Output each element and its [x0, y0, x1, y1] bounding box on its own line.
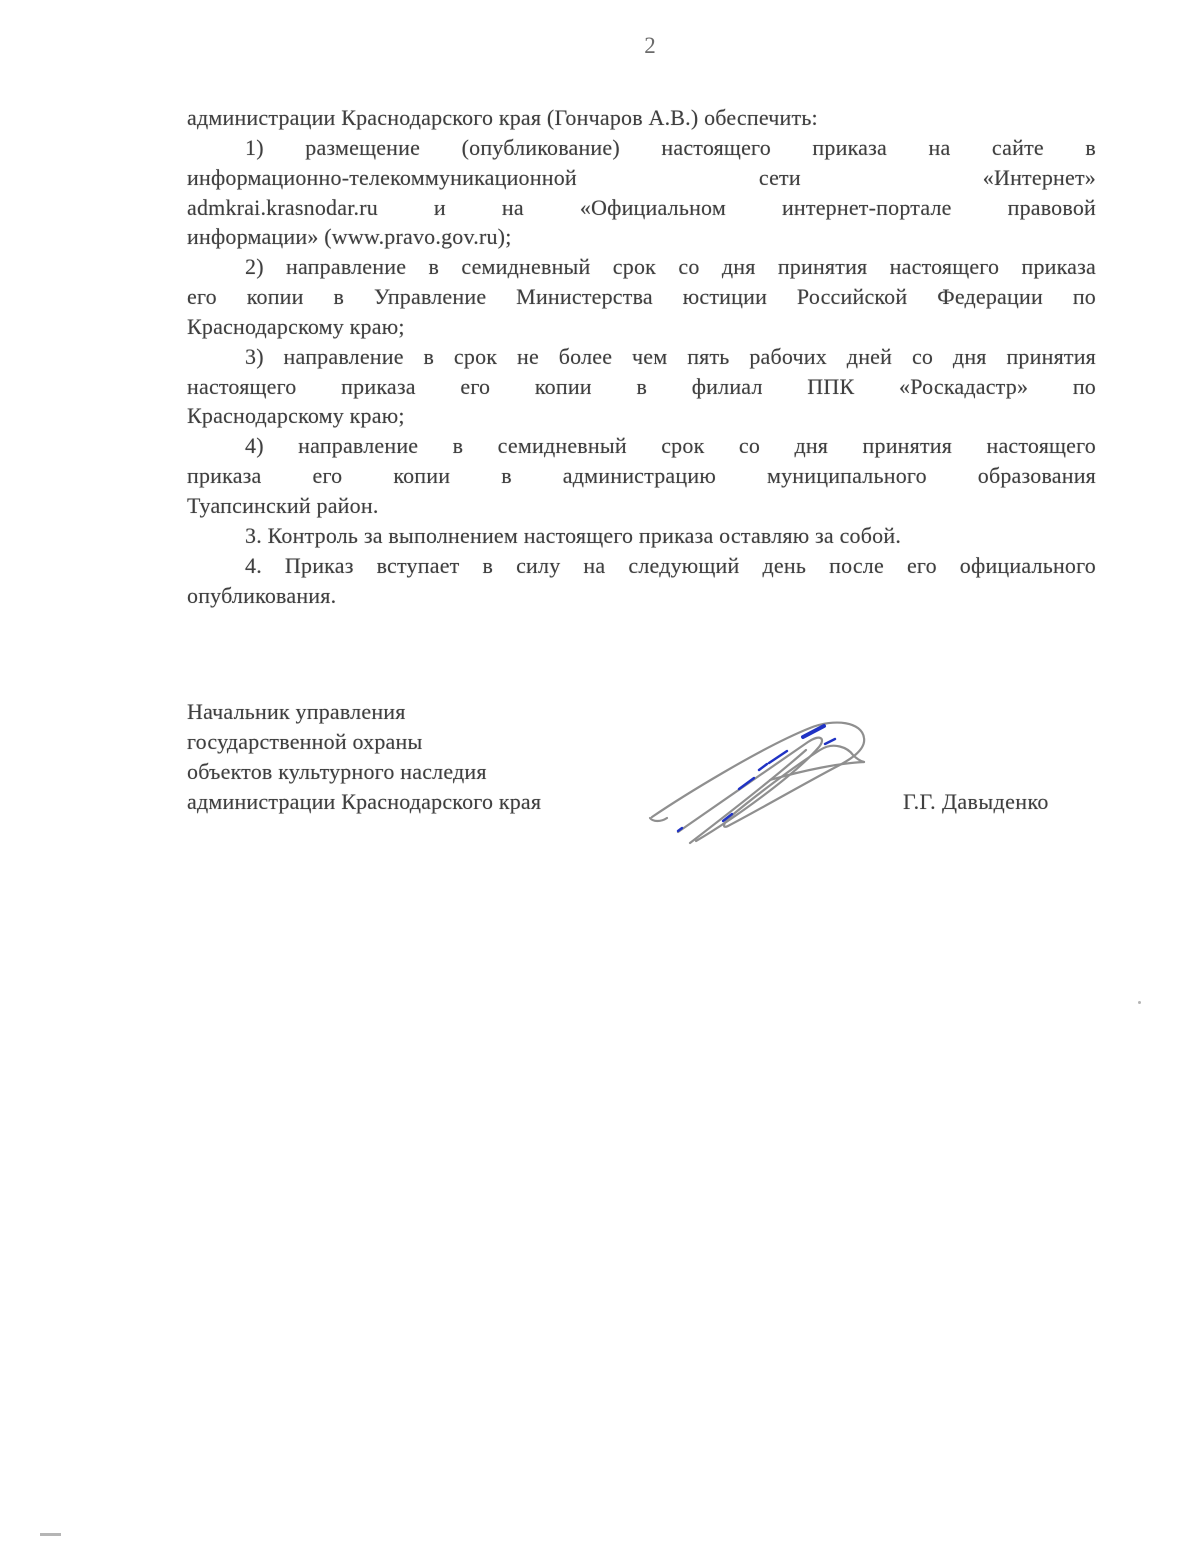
- paragraph: 4) направление в семидневный срок со дня…: [187, 431, 1096, 521]
- text-line: Туапсинский район.: [187, 491, 1096, 521]
- paragraph: 1) размещение (опубликование) настоящего…: [187, 133, 1096, 252]
- text-line: 3) направление в срок не более чем пять …: [187, 342, 1096, 372]
- text-line: 2) направление в семидневный срок со дня…: [187, 252, 1096, 282]
- text-line: его копии в Управление Министерства юсти…: [187, 282, 1096, 312]
- text-line: приказа его копии в администрацию муници…: [187, 461, 1096, 491]
- document-body: администрации Краснодарского края (Гонча…: [187, 103, 1096, 610]
- scan-artifact-dash: [40, 1533, 61, 1536]
- document-page: 2 администрации Краснодарского края (Гон…: [0, 0, 1200, 1553]
- signature-scribble: [620, 700, 902, 862]
- signatory-name: Г.Г. Давыденко: [903, 789, 1049, 815]
- text-line: 1) размещение (опубликование) настоящего…: [187, 133, 1096, 163]
- page-number: 2: [100, 33, 1200, 59]
- paragraph: 2) направление в семидневный срок со дня…: [187, 252, 1096, 342]
- text-line: 4. Приказ вступает в силу на следующий д…: [187, 551, 1096, 581]
- text-line: Краснодарскому краю;: [187, 312, 1096, 342]
- signoff-title-line: государственной охраны: [187, 727, 541, 757]
- paragraph: администрации Краснодарского края (Гонча…: [187, 103, 1096, 133]
- text-line: информации» (www.pravo.gov.ru);: [187, 222, 1096, 252]
- text-line: настоящего приказа его копии в филиал ПП…: [187, 372, 1096, 402]
- text-line: Краснодарскому краю;: [187, 401, 1096, 431]
- paragraph: 3) направление в срок не более чем пять …: [187, 342, 1096, 432]
- text-line: информационно-телекоммуникационной сети …: [187, 163, 1096, 193]
- signoff-title-line: администрации Краснодарского края: [187, 787, 541, 817]
- text-line: администрации Краснодарского края (Гонча…: [187, 103, 1096, 133]
- text-line: опубликования.: [187, 581, 1096, 611]
- signoff-title-line: объектов культурного наследия: [187, 757, 541, 787]
- signoff-title-block: Начальник управления государственной охр…: [187, 697, 541, 817]
- signoff-title-line: Начальник управления: [187, 697, 541, 727]
- text-line: admkrai.krasnodar.ru и на «Официальном и…: [187, 193, 1096, 223]
- paragraph: 4. Приказ вступает в силу на следующий д…: [187, 551, 1096, 611]
- paragraph: 3. Контроль за выполнением настоящего пр…: [187, 521, 1096, 551]
- text-line: 4) направление в семидневный срок со дня…: [187, 431, 1096, 461]
- scan-artifact-speck: [1138, 1001, 1141, 1004]
- text-line: 3. Контроль за выполнением настоящего пр…: [187, 521, 1096, 551]
